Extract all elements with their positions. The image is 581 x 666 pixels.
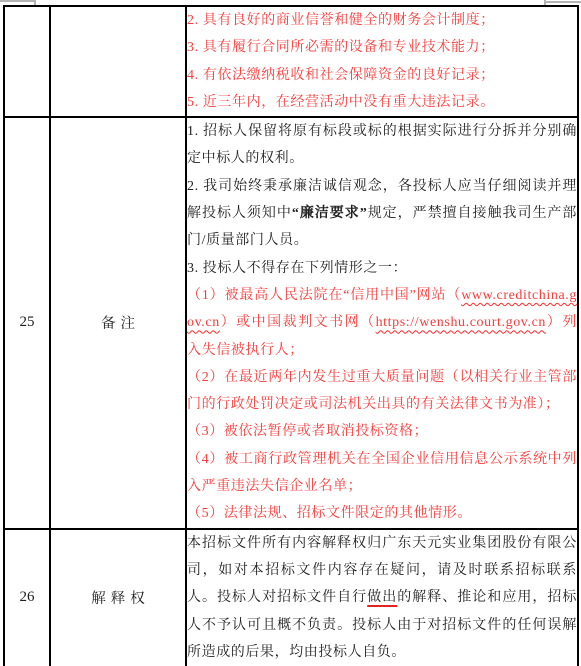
paragraph: 2. 我司始终秉承廉洁诚信观念，各投标人应当仔细阅读并理解投标人须知中“廉洁要求… xyxy=(187,173,577,255)
row-content-cell: 2. 具有良好的商业信誉和健全的财务会计制度；3. 具有履行合同所必需的设备和专… xyxy=(186,6,578,117)
paragraph: 3. 具有履行合同所必需的设备和专业技术能力； xyxy=(187,34,577,61)
row-label-cell: 解释权 xyxy=(50,529,186,666)
table-row-remarks: 25 备注 1. 招标人保留将原有标段或标的根据实际进行分拆并分别确定中标人的权… xyxy=(4,117,578,528)
paragraph: （3）被依法暂停或者取消投标资格； xyxy=(187,418,577,445)
page-edge-artifact-right xyxy=(545,1,581,3)
row-number-cell: 26 xyxy=(4,529,50,666)
row-number-cell: 25 xyxy=(4,117,50,528)
paragraph: 4. 有依法缴纳税收和社会保障资金的良好记录； xyxy=(187,62,577,89)
paragraph: （1）被最高人民法院在“信用中国”网站（www.creditchina.gov.… xyxy=(187,282,577,364)
row-label-cell xyxy=(50,6,186,117)
paragraph: （4）被工商行政管理机关在全国企业信用信息公示系统中列入严重违法失信企业名单； xyxy=(187,446,577,501)
paragraph: 1. 招标人保留将原有标段或标的根据实际进行分拆并分别确定中标人的权利。 xyxy=(187,118,577,173)
row-number-cell xyxy=(4,6,50,117)
row-content-cell: 1. 招标人保留将原有标段或标的根据实际进行分拆并分别确定中标人的权利。2. 我… xyxy=(186,117,578,528)
paragraph: 2. 具有良好的商业信誉和健全的财务会计制度； xyxy=(187,7,577,34)
paragraph: 本招标文件所有内容解释权归广东天元实业集团股份有限公司，如对本招标文件内容存在疑… xyxy=(187,530,577,666)
paragraph: 3. 投标人不得存在下列情形之一： xyxy=(187,255,577,282)
paragraph: （2）在最近两年内发生过重大质量问题（以相关行业主管部门的行政处罚决定或司法机关… xyxy=(187,364,577,419)
url-wavy-underline: https://wenshu.court.gov.cn xyxy=(376,315,546,330)
row-label-cell: 备注 xyxy=(50,117,186,528)
table-row-interpretation-right: 26 解释权 本招标文件所有内容解释权归广东天元实业集团股份有限公司，如对本招标… xyxy=(4,529,578,666)
bidding-conditions-table: 2. 具有良好的商业信誉和健全的财务会计制度；3. 具有履行合同所必需的设备和专… xyxy=(3,5,579,666)
row-content-cell: 本招标文件所有内容解释权归广东天元实业集团股份有限公司，如对本招标文件内容存在疑… xyxy=(186,529,578,666)
paragraph: （5）法律法规、招标文件限定的其他情形。 xyxy=(187,500,577,527)
document-page: 2. 具有良好的商业信誉和健全的财务会计制度；3. 具有履行合同所必需的设备和专… xyxy=(0,0,581,666)
bold-text: “廉洁要求” xyxy=(292,206,367,221)
paragraph: 5. 近三年内，在经营活动中没有重大违法记录。 xyxy=(187,89,577,116)
red-underlined-text: 做出 xyxy=(367,590,397,605)
page-edge-artifact-left xyxy=(0,0,36,2)
table-row-qualification-continued: 2. 具有良好的商业信誉和健全的财务会计制度；3. 具有履行合同所必需的设备和专… xyxy=(4,6,578,117)
